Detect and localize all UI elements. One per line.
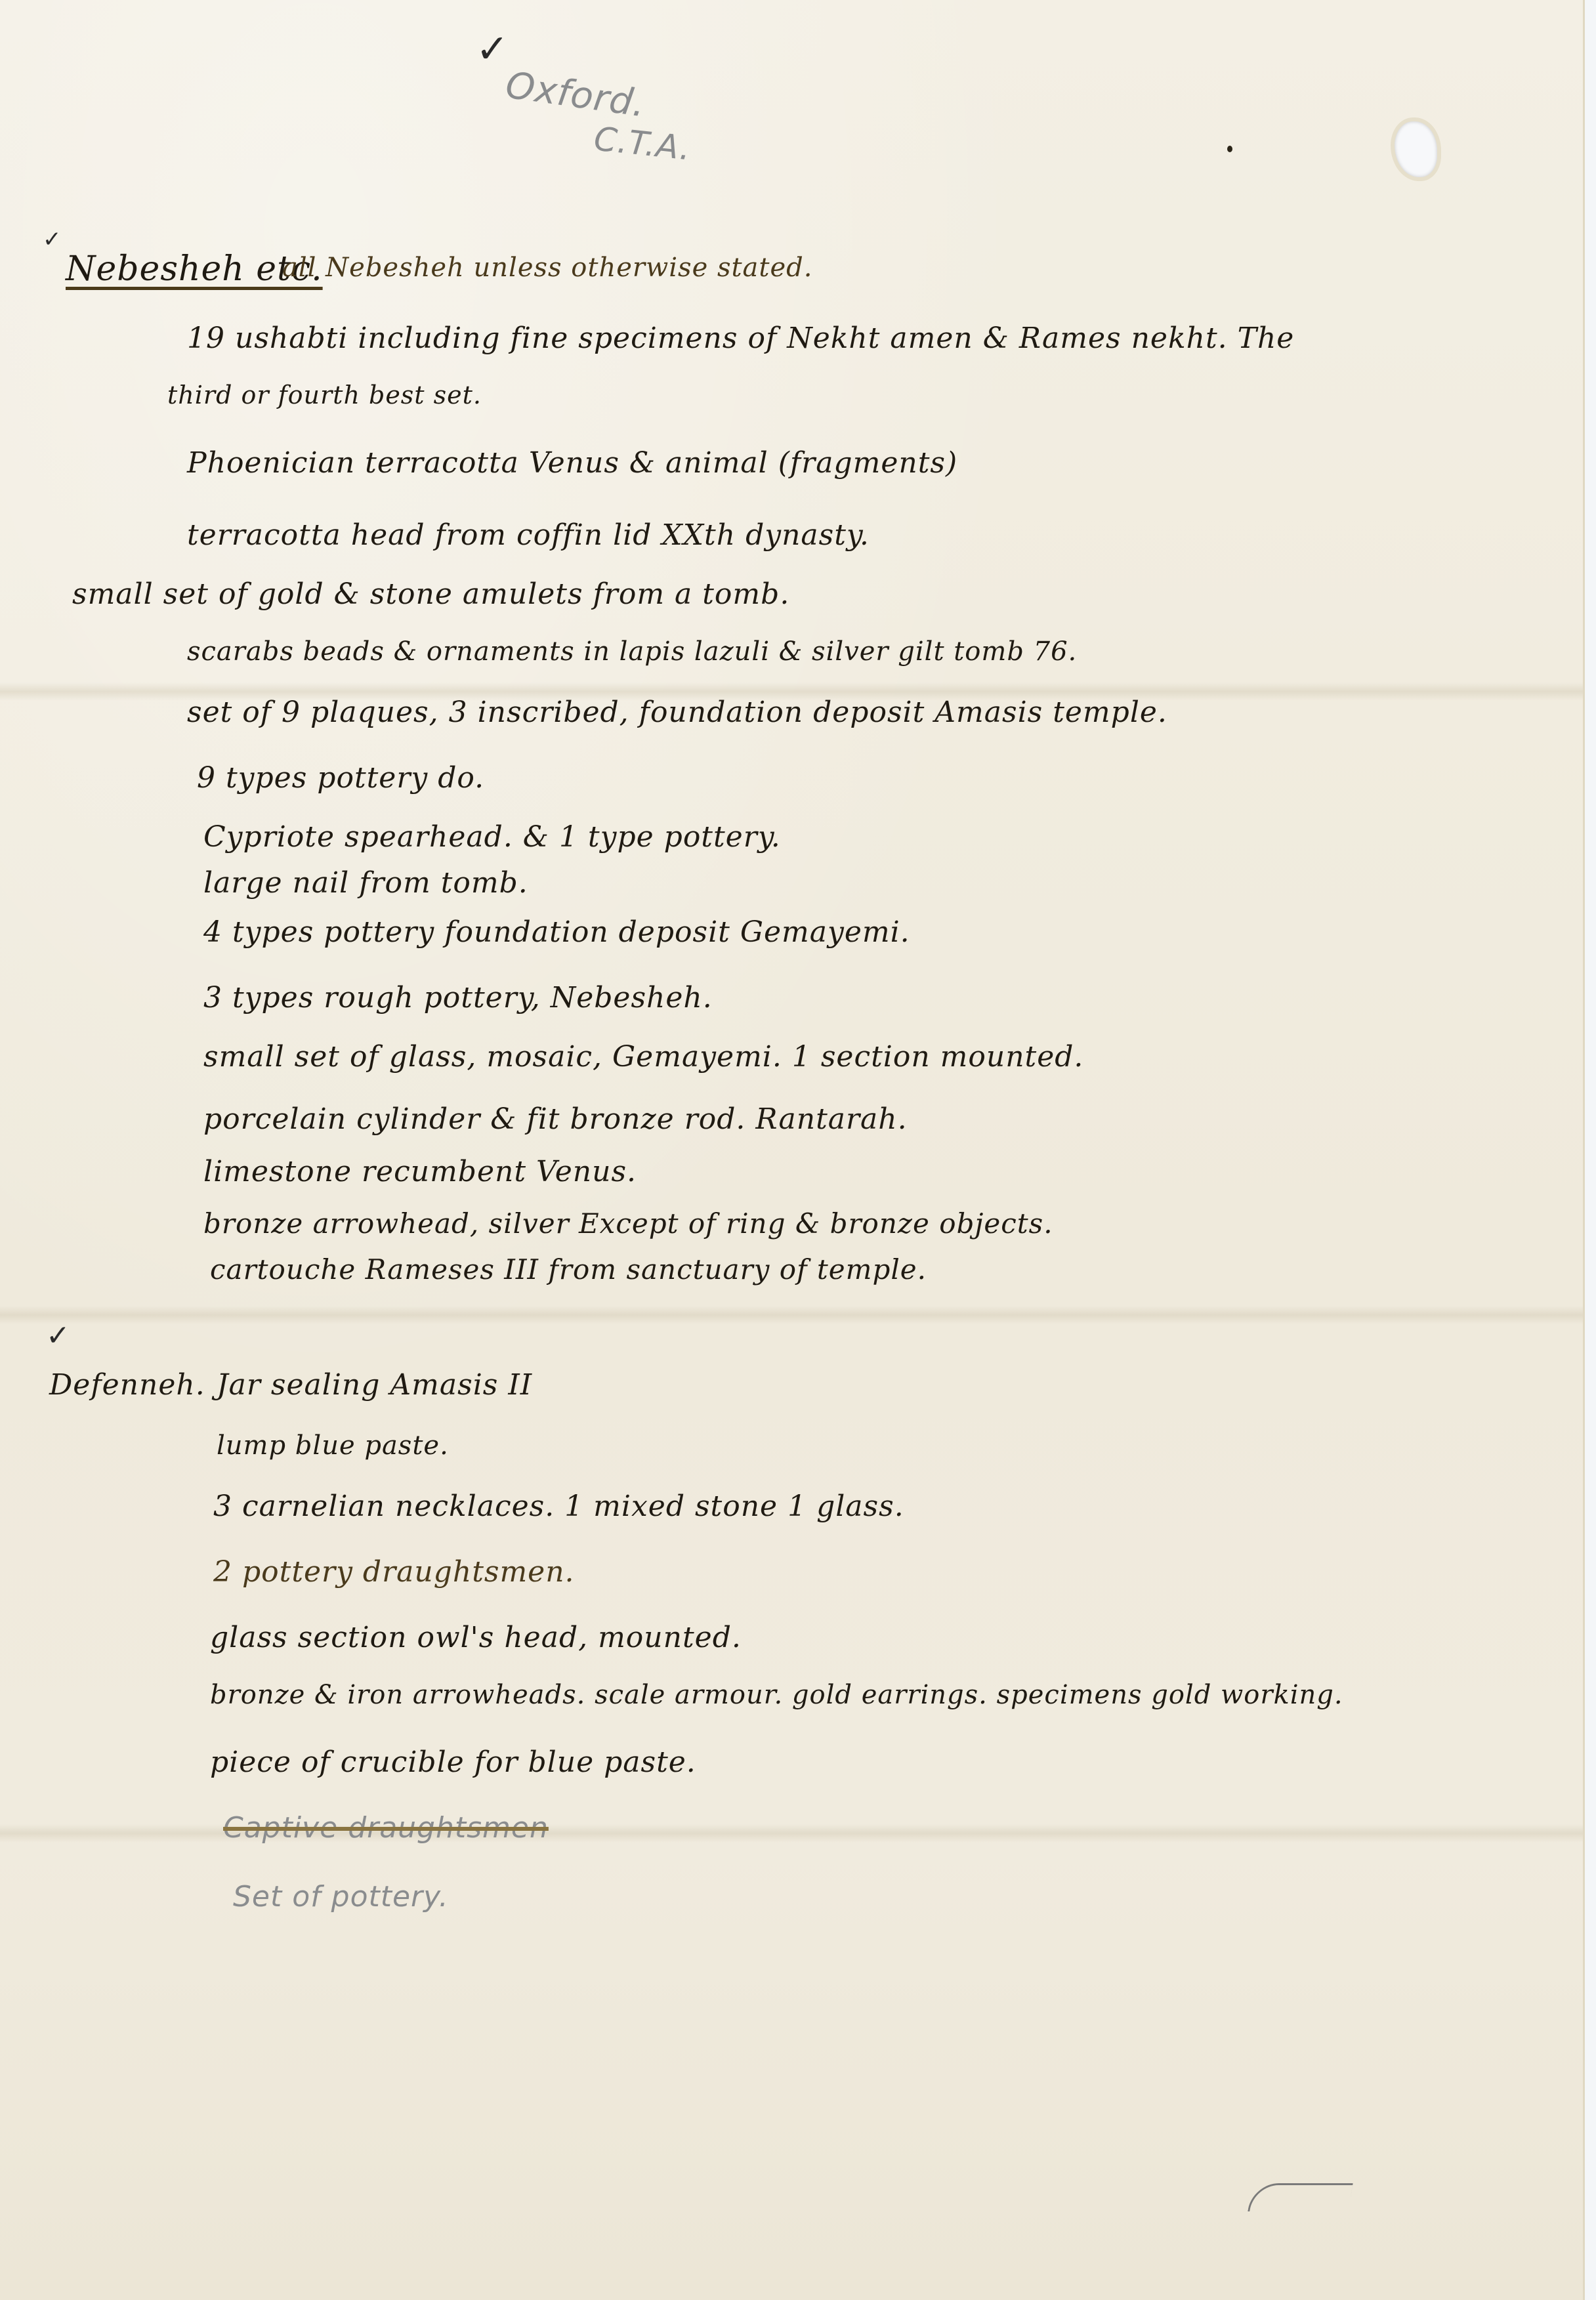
list-item: bronze & iron arrowheads. scale armour. … [210, 1680, 1343, 1710]
list-item: 19 ushabti including fine specimens of N… [187, 322, 1294, 355]
check-mark-icon: ✓ [476, 26, 509, 72]
initials-label: C.T.A. [592, 119, 693, 167]
manuscript-page: ✓ Oxford. C.T.A. ✓ Nebesheh etc. all Neb… [0, 0, 1585, 2300]
list-item: lump blue paste. [217, 1431, 449, 1461]
list-item: limestone recumbent Venus. [203, 1155, 637, 1188]
list-item: Cypriote spearhead. & 1 type pottery. [203, 820, 781, 854]
list-item: small set of glass, mosaic, Gemayemi. 1 … [203, 1040, 1083, 1074]
list-item: terracotta head from coffin lid XXth dyn… [187, 518, 870, 552]
list-item: 4 types pottery foundation deposit Gemay… [203, 915, 910, 949]
struck-item: Captive draughtsmen [223, 1811, 549, 1845]
list-item: small set of gold & stone amulets from a… [72, 577, 789, 611]
list-item: scarabs beads & ornaments in lapis lazul… [187, 637, 1077, 667]
section-subtitle: all Nebesheh unless otherwise stated. [282, 253, 812, 283]
list-item: 3 carnelian necklaces. 1 mixed stone 1 g… [213, 1490, 904, 1523]
list-item: Phoenician terracotta Venus & animal (fr… [187, 446, 957, 480]
destination-label: Oxford. [503, 64, 649, 125]
list-item: third or fourth best set. [167, 381, 482, 409]
section-title: Defenneh. [49, 1368, 205, 1402]
paper-fold [0, 1306, 1583, 1324]
list-item: 2 pottery draughtsmen. [213, 1555, 575, 1589]
list-item: set of 9 plaques, 3 inscribed, foundatio… [187, 696, 1167, 729]
list-item: large nail from tomb. [203, 866, 528, 900]
ink-speck [1227, 146, 1232, 152]
list-item: bronze arrowhead, silver Except of ring … [203, 1207, 1053, 1240]
pencil-item: Set of pottery. [233, 1880, 449, 1913]
pencil-stroke [1248, 2183, 1353, 2211]
list-item: 9 types pottery do. [197, 761, 484, 795]
check-mark-icon: ✓ [46, 1319, 70, 1352]
check-mark-icon: ✓ [43, 226, 62, 253]
list-item: glass section owl's head, mounted. [210, 1621, 742, 1654]
list-item: porcelain cylinder & fit bronze rod. Ran… [203, 1102, 908, 1136]
list-item: 3 types rough pottery, Nebesheh. [203, 981, 713, 1014]
paper-hole [1395, 121, 1437, 177]
section-subtitle: Jar sealing Amasis II [217, 1368, 532, 1402]
list-item: cartouche Rameses III from sanctuary of … [210, 1253, 927, 1286]
list-item: piece of crucible for blue paste. [210, 1746, 696, 1779]
